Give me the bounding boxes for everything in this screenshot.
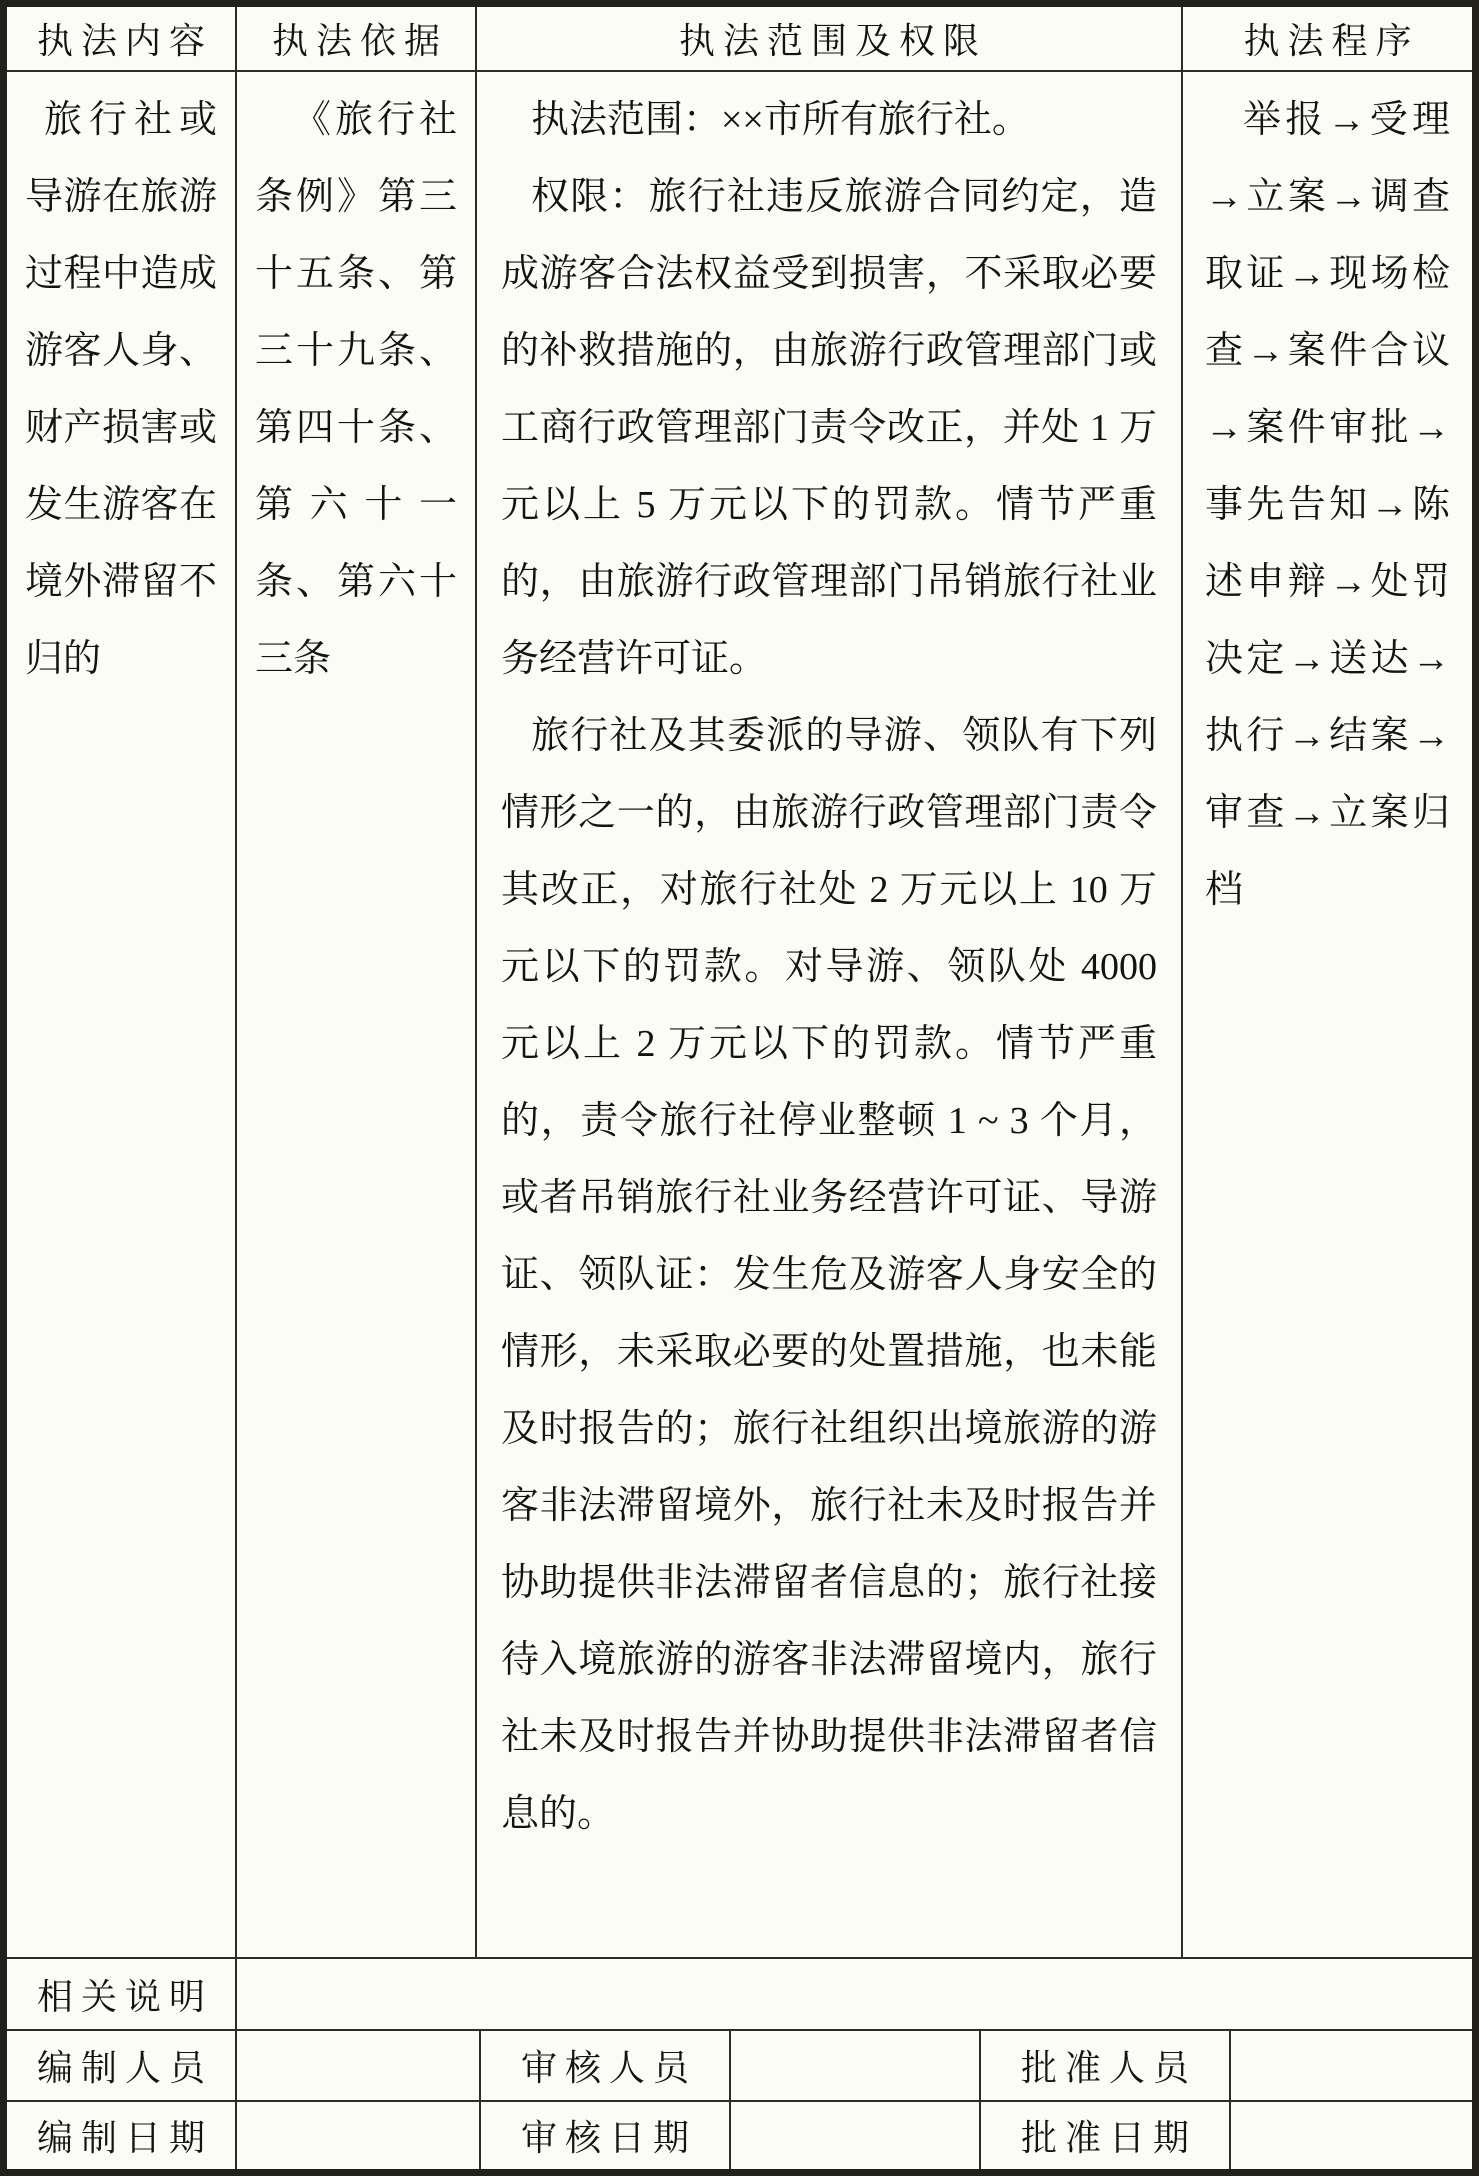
notes-label: 相关说明 [7,1959,237,2029]
approver-value [1231,2031,1472,2100]
enforcement-content-cell: 旅行社或导游在旅游过程中造成游客人身、财产损害或发生游客在境外滞留不归的 [7,72,237,1957]
preparer-label: 编制人员 [7,2031,237,2100]
header-enforcement-content: 执法内容 [7,7,237,70]
header-enforcement-basis: 执法依据 [237,7,477,70]
reviewer-value [731,2031,981,2100]
header-procedure: 执法程序 [1183,7,1472,70]
signoff-date-row: 编制日期 审核日期 批准日期 [7,2102,1472,2169]
table-content-row: 旅行社或导游在旅游过程中造成游客人身、财产损害或发生游客在境外滞留不归的 《旅行… [7,72,1472,1959]
signoff-personnel-row: 编制人员 审核人员 批准人员 [7,2031,1472,2102]
enforcement-duty-table: 执法内容 执法依据 执法范围及权限 执法程序 旅行社或导游在旅游过程中造成游客人… [0,0,1479,2176]
notes-value [237,1959,1472,2029]
prepare-date-label: 编制日期 [7,2102,237,2169]
approver-label: 批准人员 [981,2031,1231,2100]
enforcement-basis-cell: 《旅行社条例》第三十五条、第三十九条、第四十条、第六十一条、第六十三条 [237,72,477,1957]
approve-date-value [1231,2102,1472,2169]
procedure-text: 举报→受理→立案→调查取证→现场检查→案件合议→案件审批→事先告知→陈述申辩→处… [1205,82,1450,929]
reviewer-label: 审核人员 [481,2031,731,2100]
header-scope-authority: 执法范围及权限 [477,7,1183,70]
review-date-value [731,2102,981,2169]
enforcement-content-text: 旅行社或导游在旅游过程中造成游客人身、财产损害或发生游客在境外滞留不归的 [25,82,217,698]
table-header-row: 执法内容 执法依据 执法范围及权限 执法程序 [7,7,1472,72]
enforcement-basis-text: 《旅行社条例》第三十五条、第三十九条、第四十条、第六十一条、第六十三条 [255,82,457,698]
authority-paragraph-2: 旅行社及其委派的导游、领队有下列情形之一的，由旅游行政管理部门责令其改正，对旅行… [501,698,1157,1853]
preparer-value [237,2031,481,2100]
procedure-cell: 举报→受理→立案→调查取证→现场检查→案件合议→案件审批→事先告知→陈述申辩→处… [1183,72,1472,1957]
approve-date-label: 批准日期 [981,2102,1231,2169]
authority-paragraph: 权限：旅行社违反旅游合同约定，造成游客合法权益受到损害，不采取必要的补救措施的，… [501,159,1157,698]
prepare-date-value [237,2102,481,2169]
scope-authority-cell: 执法范围：××市所有旅行社。 权限：旅行社违反旅游合同约定，造成游客合法权益受到… [477,72,1183,1957]
review-date-label: 审核日期 [481,2102,731,2169]
scope-paragraph: 执法范围：××市所有旅行社。 [501,82,1157,159]
notes-row: 相关说明 [7,1959,1472,2031]
